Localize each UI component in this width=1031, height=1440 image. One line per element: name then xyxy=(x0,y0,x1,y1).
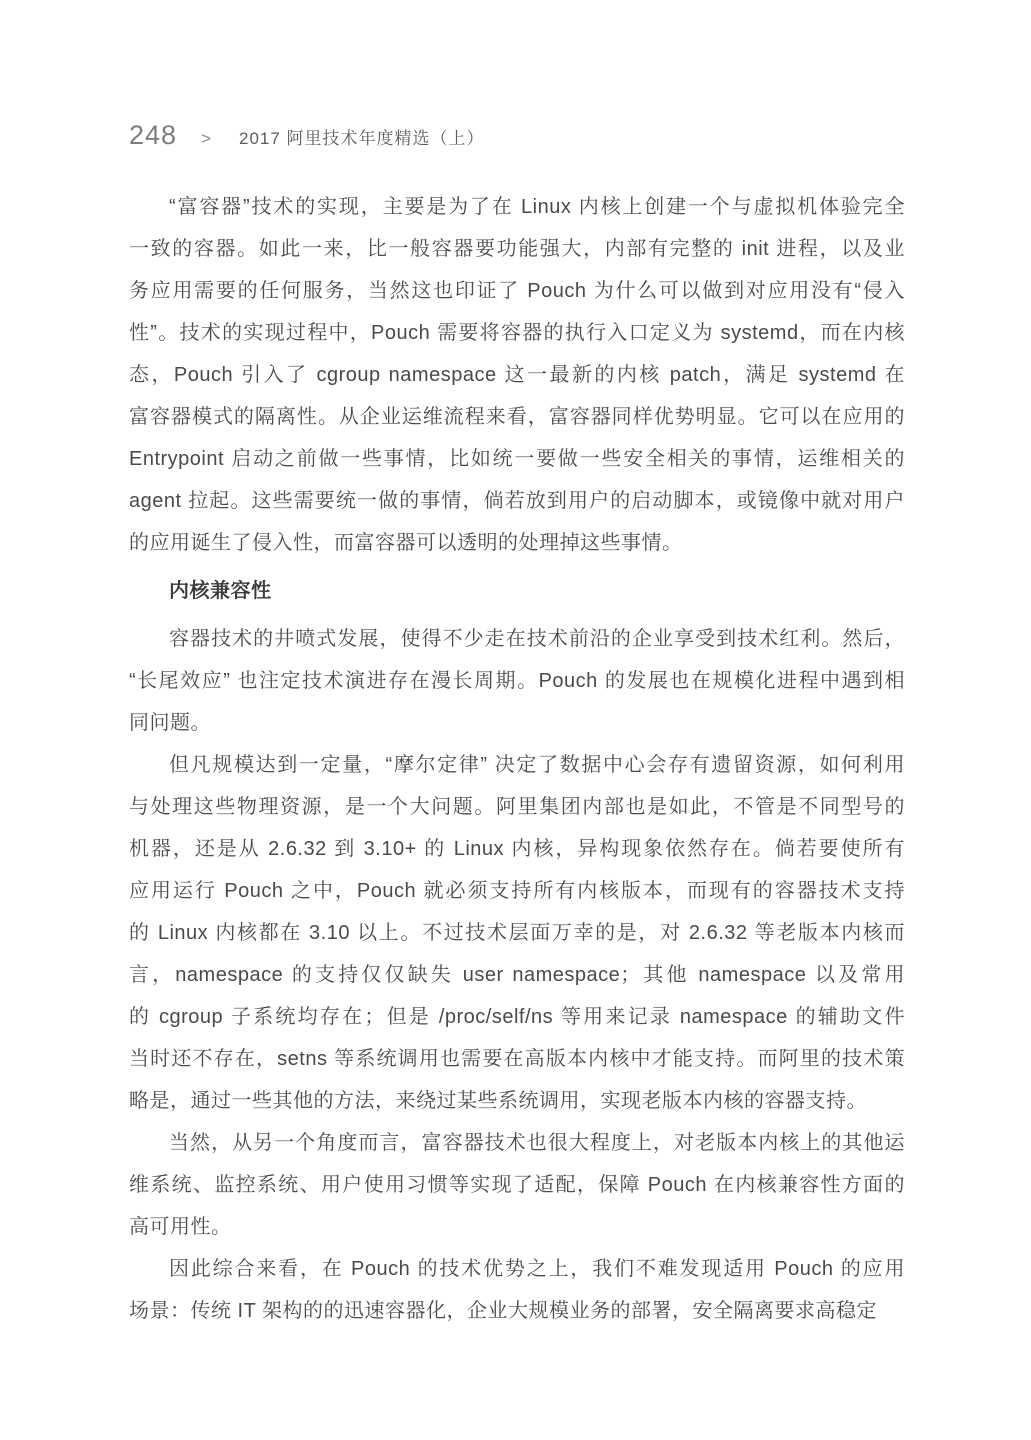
book-title: 2017 阿里技术年度精选（上） xyxy=(239,124,485,149)
text-line: 富容器模式的隔离性。从企业运维流程来看，富容器同样优势明显。它可以在应用的 xyxy=(129,396,905,438)
section-heading: 内核兼容性 xyxy=(129,570,905,612)
paragraph: 容器技术的井喷式发展，使得不少走在技术前沿的企业享受到技术红利。然后，“长尾效应… xyxy=(129,618,905,744)
text-line: 言，namespace 的支持仅仅缺失 user namespace；其他 na… xyxy=(129,954,905,996)
text-line: 与处理这些物理资源，是一个大问题。阿里集团内部也是如此，不管是不同型号的 xyxy=(129,786,905,828)
text-line: 当然，从另一个角度而言，富容器技术也很大程度上，对老版本内核上的其他运 xyxy=(129,1122,905,1164)
text-line: 应用运行 Pouch 之中，Pouch 就必须支持所有内核版本，而现有的容器技术… xyxy=(129,870,905,912)
text-line: 性”。技术的实现过程中，Pouch 需要将容器的执行入口定义为 systemd，… xyxy=(129,312,905,354)
paragraph: “富容器”技术的实现，主要是为了在 Linux 内核上创建一个与虚拟机体验完全一… xyxy=(129,186,905,564)
chevron-right-icon: > xyxy=(201,129,211,149)
text-line: 态，Pouch 引入了 cgroup namespace 这一最新的内核 pat… xyxy=(129,354,905,396)
text-line: Entrypoint 启动之前做一些事情，比如统一要做一些安全相关的事情，运维相… xyxy=(129,438,905,480)
page-number: 248 xyxy=(129,120,177,151)
text-line: 场景：传统 IT 架构的的迅速容器化，企业大规模业务的部署，安全隔离要求高稳定 xyxy=(129,1290,905,1332)
paragraph: 因此综合来看，在 Pouch 的技术优势之上，我们不难发现适用 Pouch 的应… xyxy=(129,1248,905,1332)
text-line: 维系统、监控系统、用户使用习惯等实现了适配，保障 Pouch 在内核兼容性方面的 xyxy=(129,1164,905,1206)
text-line: 容器技术的井喷式发展，使得不少走在技术前沿的企业享受到技术红利。然后， xyxy=(129,618,905,660)
text-line: 的应用诞生了侵入性，而富容器可以透明的处理掉这些事情。 xyxy=(129,522,905,564)
text-line: 略是，通过一些其他的方法，来绕过某些系统调用，实现老版本内核的容器支持。 xyxy=(129,1080,905,1122)
text-line: 的 Linux 内核都在 3.10 以上。不过技术层面万幸的是，对 2.6.32… xyxy=(129,912,905,954)
text-line: 当时还不存在，setns 等系统调用也需要在高版本内核中才能支持。而阿里的技术策 xyxy=(129,1038,905,1080)
text-line: “长尾效应” 也注定技术演进存在漫长周期。Pouch 的发展也在规模化进程中遇到… xyxy=(129,660,905,702)
text-line: 同问题。 xyxy=(129,702,905,744)
text-line: 务应用需要的任何服务，当然这也印证了 Pouch 为什么可以做到对应用没有“侵入 xyxy=(129,270,905,312)
text-line: 的 cgroup 子系统均存在；但是 /proc/self/ns 等用来记录 n… xyxy=(129,996,905,1038)
text-line: 但凡规模达到一定量，“摩尔定律” 决定了数据中心会存有遗留资源，如何利用 xyxy=(129,744,905,786)
book-page: 248 > 2017 阿里技术年度精选（上） “富容器”技术的实现，主要是为了在… xyxy=(0,0,1031,1440)
paragraph: 当然，从另一个角度而言，富容器技术也很大程度上，对老版本内核上的其他运维系统、监… xyxy=(129,1122,905,1248)
text-line: 机器，还是从 2.6.32 到 3.10+ 的 Linux 内核，异构现象依然存… xyxy=(129,828,905,870)
text-line: “富容器”技术的实现，主要是为了在 Linux 内核上创建一个与虚拟机体验完全 xyxy=(129,186,905,228)
text-line: 一致的容器。如此一来，比一般容器要功能强大，内部有完整的 init 进程，以及业 xyxy=(129,228,905,270)
page-header: 248 > 2017 阿里技术年度精选（上） xyxy=(129,120,905,154)
paragraph: 但凡规模达到一定量，“摩尔定律” 决定了数据中心会存有遗留资源，如何利用与处理这… xyxy=(129,744,905,1122)
text-line: 高可用性。 xyxy=(129,1206,905,1248)
text-line: 因此综合来看，在 Pouch 的技术优势之上，我们不难发现适用 Pouch 的应… xyxy=(129,1248,905,1290)
document-body: “富容器”技术的实现，主要是为了在 Linux 内核上创建一个与虚拟机体验完全一… xyxy=(129,186,905,1332)
text-line: agent 拉起。这些需要统一做的事情，倘若放到用户的启动脚本，或镜像中就对用户 xyxy=(129,480,905,522)
